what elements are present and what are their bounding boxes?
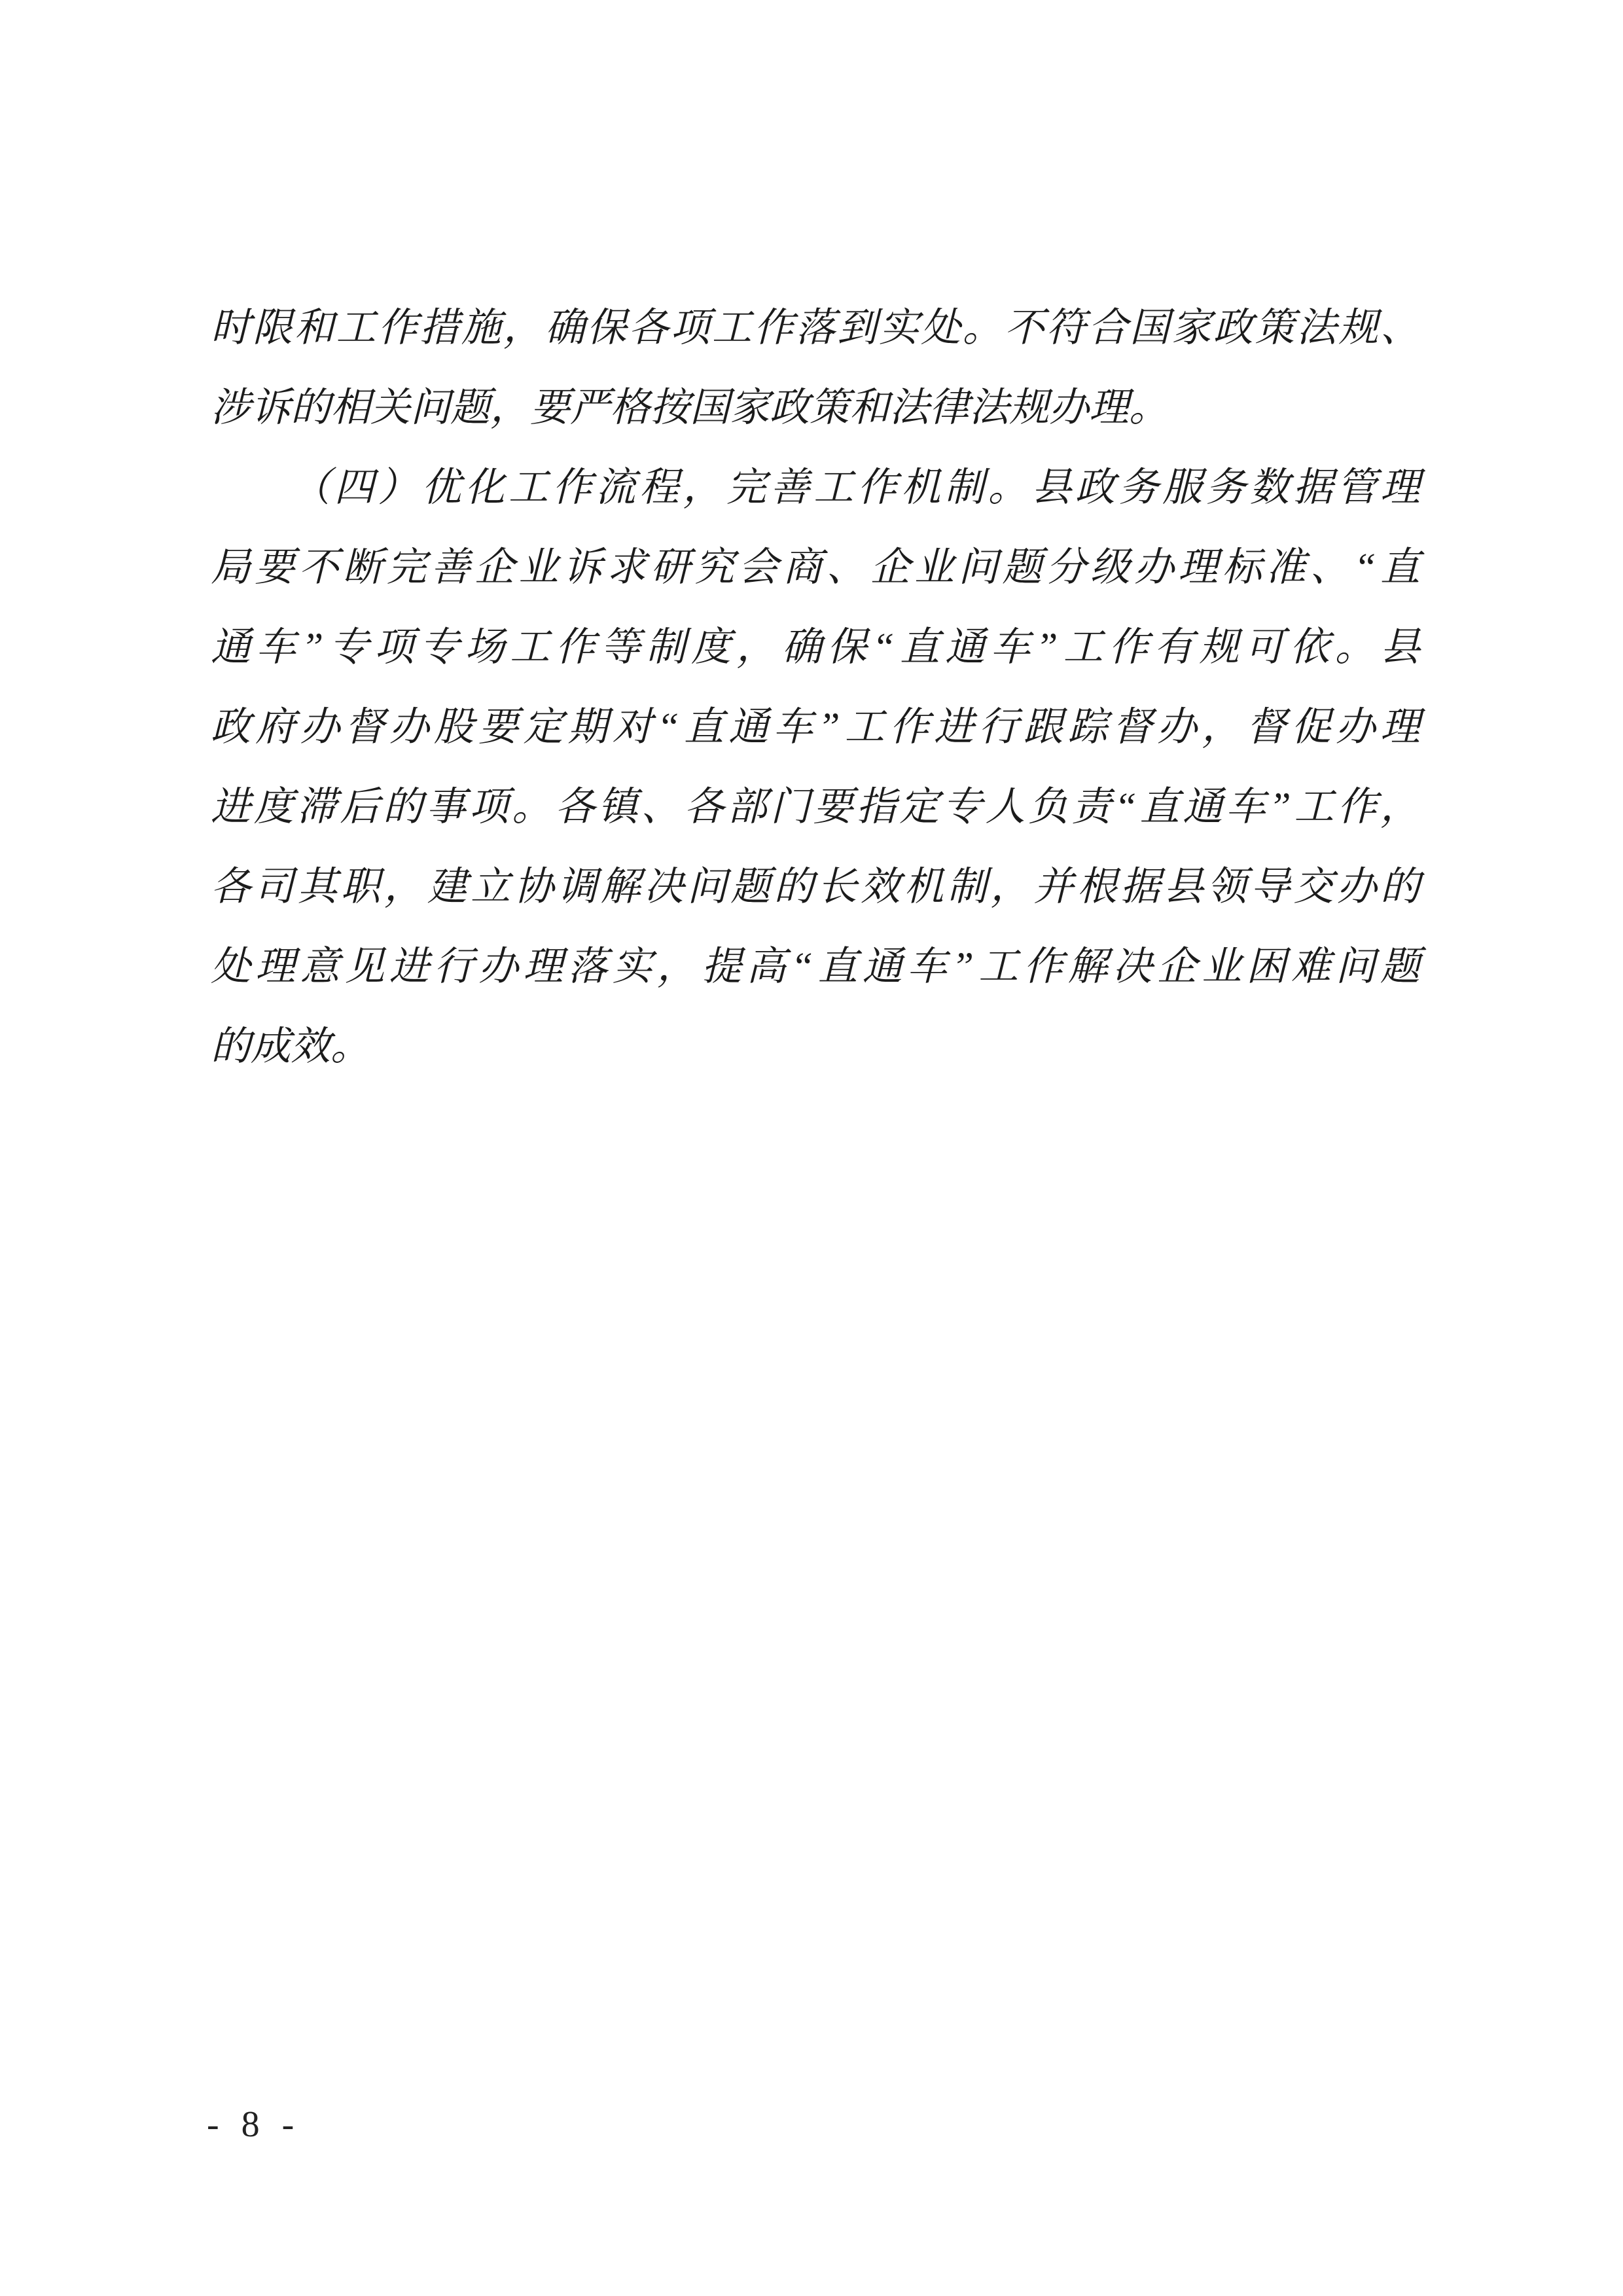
- text-line: 局要不断完善企业诉求研究会商、企业问题分级办理标准、“直: [211, 528, 1420, 608]
- text-line: （四）优化工作流程，完善工作机制。县政务服务数据管理: [211, 448, 1420, 528]
- page-number: - 8 -: [207, 2101, 300, 2148]
- text-line: 涉诉的相关问题，要严格按国家政策和法律法规办理。: [211, 368, 1420, 448]
- text-line: 的成效。: [211, 1007, 1420, 1087]
- text-line: 政府办督办股要定期对“直通车”工作进行跟踪督办，督促办理: [211, 688, 1420, 768]
- document-page: 时限和工作措施，确保各项工作落到实处。不符合国家政策法规、 涉诉的相关问题，要严…: [0, 0, 1623, 2296]
- text-block: 时限和工作措施，确保各项工作落到实处。不符合国家政策法规、 涉诉的相关问题，要严…: [211, 289, 1420, 1087]
- text-line: 处理意见进行办理落实，提高“直通车”工作解决企业困难问题: [211, 927, 1420, 1007]
- text-line: 通车”专项专场工作等制度，确保“直通车”工作有规可依。县: [211, 608, 1420, 688]
- text-line: 进度滞后的事项。各镇、各部门要指定专人负责“直通车”工作，: [211, 768, 1420, 848]
- text-line: 各司其职，建立协调解决问题的长效机制，并根据县领导交办的: [211, 848, 1420, 927]
- text-line: 时限和工作措施，确保各项工作落到实处。不符合国家政策法规、: [211, 289, 1420, 368]
